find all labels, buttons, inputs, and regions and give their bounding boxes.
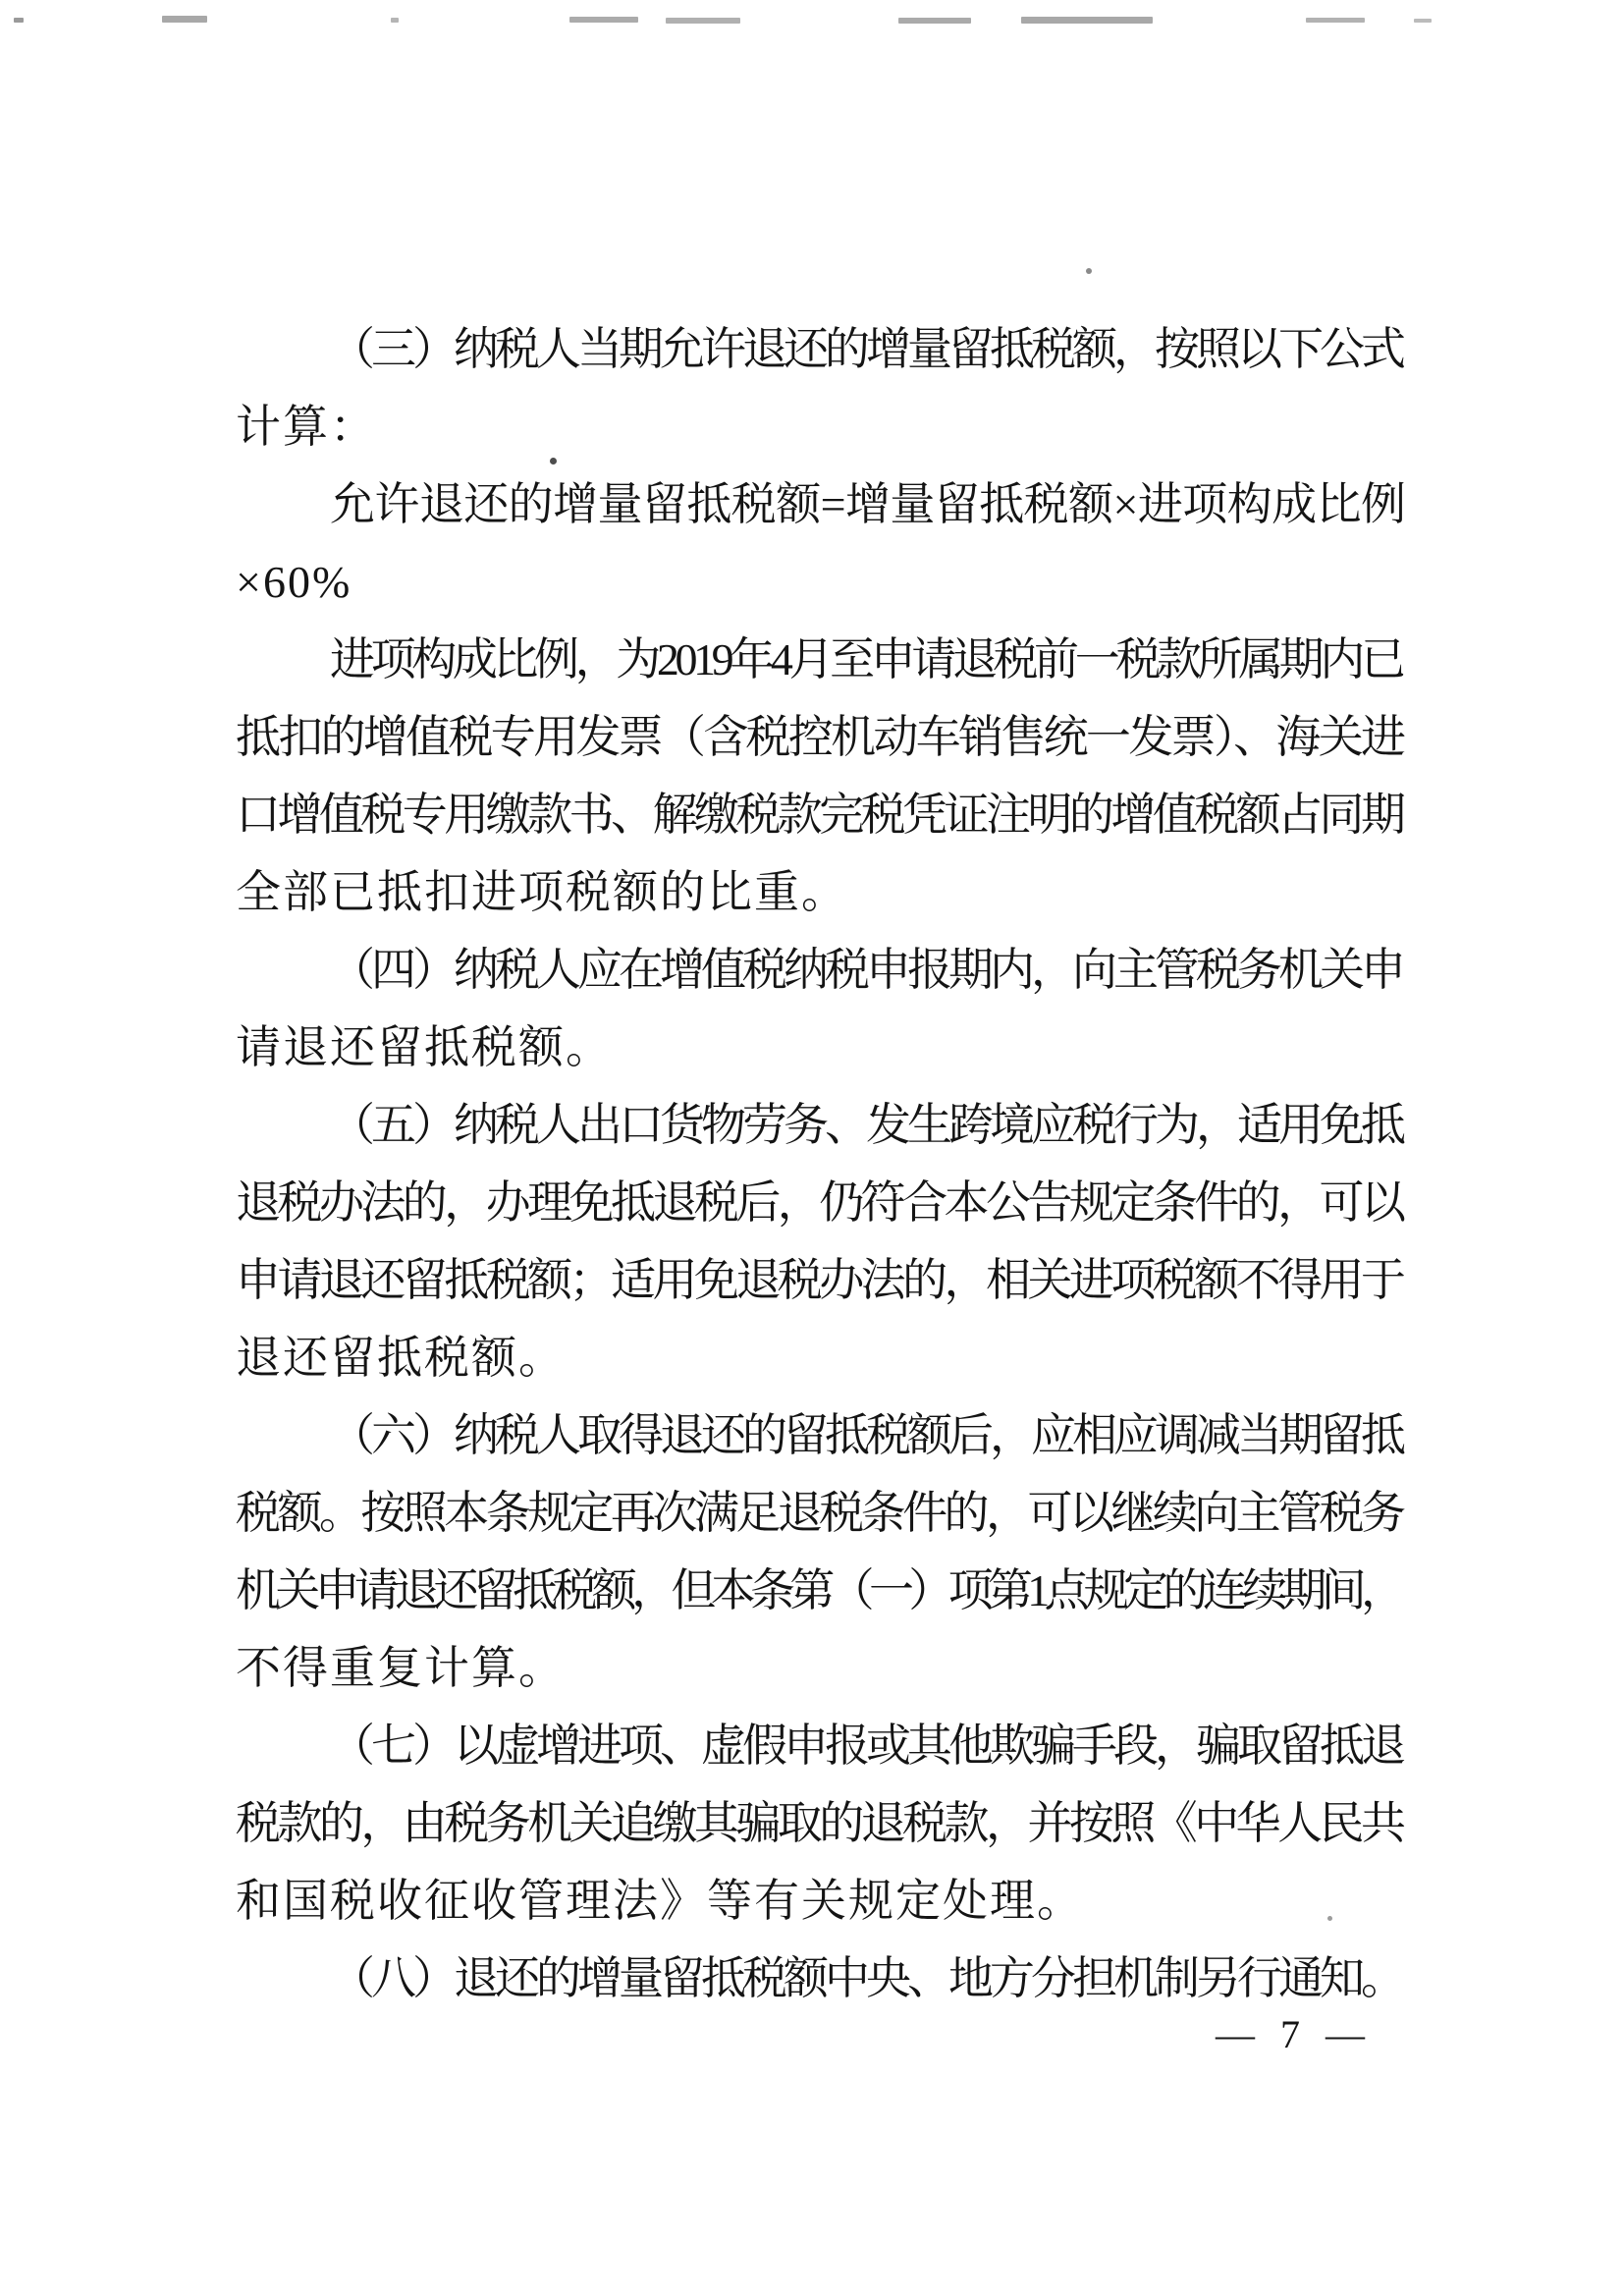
text-line-content: （四）纳税人应在增值税纳税申报期内，向主管税务机关申 (330, 945, 1402, 995)
text-line-content: （五）纳税人出口货物劳务、发生跨境应税行为，适用免抵 (330, 1100, 1402, 1150)
text-line-content: 税款的，由税务机关追缴其骗取的退税款，并按照《中华人民共 (236, 1798, 1402, 1848)
text-line: 和国税收征收管理法》等有关规定处理。 (236, 1862, 1406, 1940)
text-line-content: 抵扣的增值税专用发票（含税控机动车销售统一发票）、海关进 (236, 712, 1403, 762)
text-line: 全部已抵扣进项税额的比重。 (236, 853, 1406, 931)
document-page: （三）纳税人当期允许退还的增量留抵税额，按照以下公式计算：允许退还的增量留抵税额… (0, 0, 1623, 2296)
text-line-content: 退还留抵税额。 (236, 1333, 566, 1383)
text-line: 请退还留抵税额。 (236, 1009, 1406, 1086)
scan-noise-speck (1414, 19, 1432, 23)
text-line-content: （七）以虚增进项、虚假申报或其他欺骗手段，骗取留抵退 (330, 1721, 1402, 1771)
text-line-content: 允许退还的增量留抵税额=增量留抵税额×进项构成比例 (330, 479, 1405, 529)
text-line: （三）纳税人当期允许退还的增量留抵税额，按照以下公式 (236, 310, 1406, 388)
text-line-content: 不得重复计算。 (236, 1643, 566, 1693)
text-line: 机关申请退还留抵税额，但本条第（一）项第1点规定的连续期间， (236, 1552, 1406, 1629)
text-line-content: 请退还留抵税额。 (236, 1022, 613, 1072)
text-line-content: ×60% (236, 557, 352, 607)
scan-noise-speck (1306, 18, 1365, 23)
text-line: 退还留抵税额。 (236, 1319, 1406, 1396)
text-line: 退税办法的，办理免抵退税后，仍符合本公告规定条件的，可以 (236, 1164, 1406, 1241)
text-line-content: 进项构成比例，为2019年4月至申请退税前一税款所属期内已 (330, 634, 1402, 684)
text-line: 不得重复计算。 (236, 1629, 1406, 1707)
text-line: （五）纳税人出口货物劳务、发生跨境应税行为，适用免抵 (236, 1086, 1406, 1164)
scan-noise-dot (1086, 268, 1092, 274)
scan-noise-speck (666, 18, 740, 24)
text-line-content: 口增值税专用缴款书、解缴税款完税凭证注明的增值税额占同期 (236, 790, 1402, 840)
text-line-content: （六）纳税人取得退还的留抵税额后，应相应调减当期留抵 (330, 1410, 1402, 1460)
text-line-content: （八）退还的增量留抵税额中央、地方分担机制另行通知。 (330, 1953, 1402, 2003)
text-line: 计算： (236, 388, 1406, 465)
page-number: — 7 — (1216, 2011, 1373, 2057)
scan-noise-speck (898, 18, 971, 24)
text-line: （八）退还的增量留抵税额中央、地方分担机制另行通知。 (236, 1940, 1406, 2017)
text-line-content: 机关申请退还留抵税额，但本条第（一）项第1点规定的连续期间， (236, 1565, 1400, 1615)
text-line-content: （三）纳税人当期允许退还的增量留抵税额，按照以下公式 (330, 324, 1402, 374)
text-line: 税额。按照本条规定再次满足退税条件的，可以继续向主管税务 (236, 1474, 1406, 1552)
text-line: 税款的，由税务机关追缴其骗取的退税款，并按照《中华人民共 (236, 1784, 1406, 1862)
text-line-content: 税额。按照本条规定再次满足退税条件的，可以继续向主管税务 (236, 1488, 1402, 1538)
text-line: 申请退还留抵税额；适用免退税办法的，相关进项税额不得用于 (236, 1241, 1406, 1319)
text-line-content: 全部已抵扣进项税额的比重。 (236, 867, 848, 917)
text-line: 允许退还的增量留抵税额=增量留抵税额×进项构成比例 (236, 465, 1406, 543)
text-line: 口增值税专用缴款书、解缴税款完税凭证注明的增值税额占同期 (236, 776, 1406, 853)
text-line-content: 申请退还留抵税额；适用免退税办法的，相关进项税额不得用于 (236, 1255, 1402, 1305)
text-line: （六）纳税人取得退还的留抵税额后，应相应调减当期留抵 (236, 1396, 1406, 1474)
scan-noise-speck (162, 16, 207, 23)
text-line: （七）以虚增进项、虚假申报或其他欺骗手段，骗取留抵退 (236, 1707, 1406, 1784)
scan-noise-speck (391, 18, 399, 23)
scan-noise-speck (1021, 17, 1153, 24)
text-line-content: 和国税收征收管理法》等有关规定处理。 (236, 1876, 1084, 1926)
document-body: （三）纳税人当期允许退还的增量留抵税额，按照以下公式计算：允许退还的增量留抵税额… (236, 310, 1406, 2017)
text-line: ×60% (236, 543, 1406, 621)
scan-noise-speck (14, 18, 24, 23)
text-line: 进项构成比例，为2019年4月至申请退税前一税款所属期内已 (236, 621, 1406, 698)
text-line-content: 退税办法的，办理免抵退税后，仍符合本公告规定条件的，可以 (236, 1177, 1402, 1228)
text-line: （四）纳税人应在增值税纳税申报期内，向主管税务机关申 (236, 931, 1406, 1009)
text-line: 抵扣的增值税专用发票（含税控机动车销售统一发票）、海关进 (236, 698, 1406, 776)
scan-noise-speck (569, 17, 638, 23)
text-line-content: 计算： (236, 402, 377, 452)
